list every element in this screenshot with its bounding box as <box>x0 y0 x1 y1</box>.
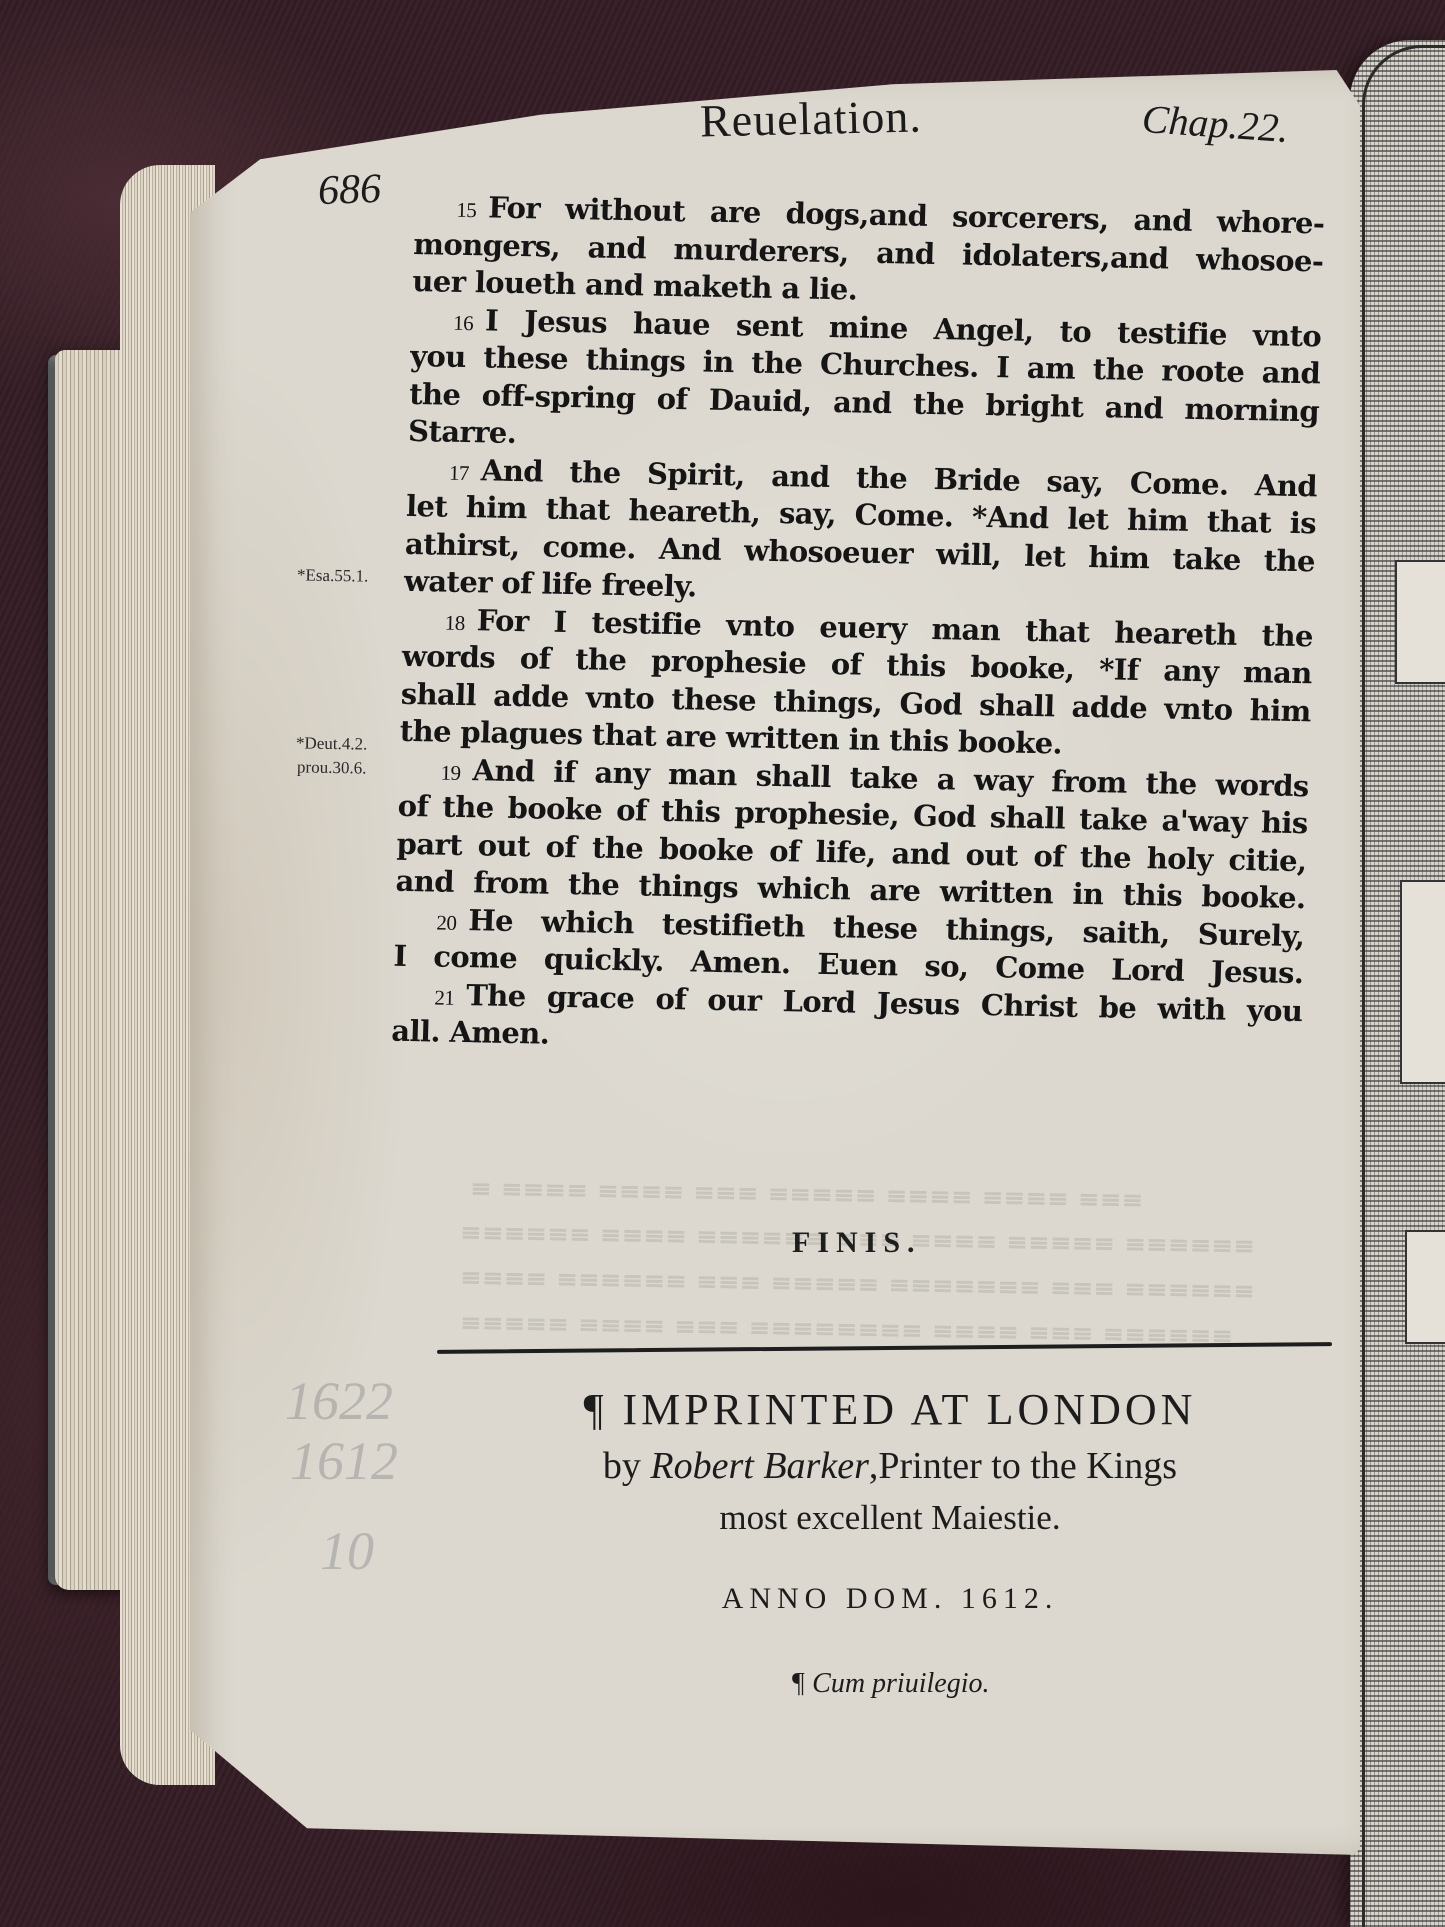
engraving-architecture <box>1400 880 1445 1084</box>
pencil-mark: 10 <box>320 1520 374 1582</box>
running-title: Reuelation. <box>699 89 922 147</box>
verse-number: 19 <box>440 760 460 784</box>
verse-number: 21 <box>434 985 454 1009</box>
engraving-architecture <box>1405 1230 1445 1344</box>
imprint-line: most excellent Maiestie. <box>500 1492 1280 1554</box>
margin-note: prou.30.6. <box>297 757 367 778</box>
margin-note: *Esa.55.1. <box>297 565 369 586</box>
verse-number: 20 <box>436 910 456 934</box>
imprint-line: by Robert Barker,Printer to the Kings <box>500 1440 1280 1492</box>
imprint-line: ¶ IMPRINTED AT LONDON <box>500 1380 1280 1440</box>
printer-name: Robert Barker <box>650 1445 868 1487</box>
verse-number: 16 <box>453 310 473 334</box>
verse-number: 17 <box>449 460 469 484</box>
verse-number: 15 <box>456 198 476 222</box>
verse-number: 18 <box>445 610 465 634</box>
page-number: 686 <box>317 165 382 215</box>
engraving-architecture <box>1395 560 1445 684</box>
privilege-line: ¶ Cum priuilegio. <box>500 1668 1280 1700</box>
scripture-text: 15For without are dogs,and sorcerers, an… <box>391 188 1325 1068</box>
finis-heading: FINIS. <box>792 1226 922 1260</box>
pencil-mark: 1622 <box>285 1370 393 1432</box>
colophon-imprint: ¶ IMPRINTED AT LONDON by Robert Barker,P… <box>500 1380 1280 1700</box>
pencil-mark: 1612 <box>290 1430 398 1492</box>
margin-note: *Deut.4.2. <box>296 733 368 754</box>
imprint-date: ANNO DOM. 1612. <box>500 1582 1280 1644</box>
